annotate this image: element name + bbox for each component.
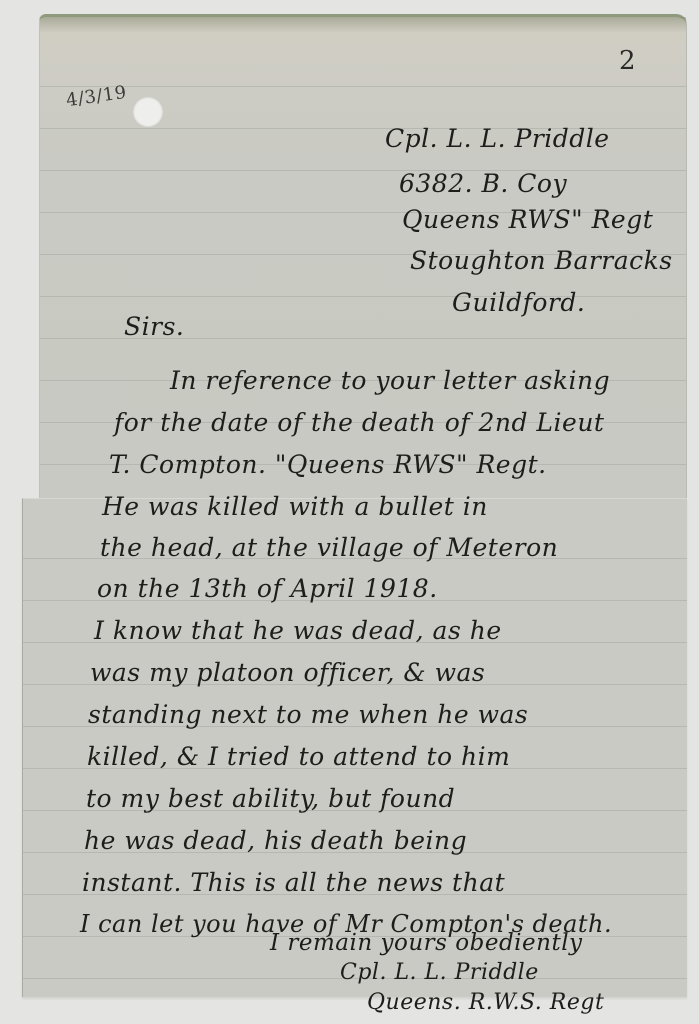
body-line: instant. This is all the news that xyxy=(82,870,505,895)
body-line: standing next to me when he was xyxy=(88,702,528,727)
body-line: killed, & I tried to attend to him xyxy=(87,744,510,769)
punch-hole xyxy=(133,97,163,127)
body-line: he was dead, his death being xyxy=(84,828,467,853)
signature-regiment: Queens. R.W.S. Regt xyxy=(367,992,604,1014)
body-line: on the 13th of April 1918. xyxy=(97,576,438,601)
body-line: In reference to your letter asking xyxy=(170,368,610,393)
page-number: 2 xyxy=(619,48,636,74)
address-line-name: Cpl. L. L. Priddle xyxy=(385,126,610,151)
body-line: T. Compton. "Queens RWS" Regt. xyxy=(109,452,547,477)
salutation: Sirs. xyxy=(124,314,184,339)
body-line: He was killed with a bullet in xyxy=(102,494,488,519)
body-line: was my platoon officer, & was xyxy=(90,660,485,685)
address-line-unit: 6382. B. Coy xyxy=(399,171,567,196)
address-line-town: Guildford. xyxy=(452,290,585,315)
signature-name: Cpl. L. L. Priddle xyxy=(340,962,539,984)
body-line: to my best ability, but found xyxy=(86,786,455,811)
body-line: the head, at the village of Meteron xyxy=(100,535,558,560)
body-line: I know that he was dead, as he xyxy=(94,618,502,643)
body-line: for the date of the death of 2nd Lieut xyxy=(114,410,604,435)
address-line-regiment: Queens RWS" Regt xyxy=(402,207,653,232)
closing: I remain yours obediently xyxy=(270,932,583,955)
address-line-barracks: Stoughton Barracks xyxy=(410,248,673,273)
